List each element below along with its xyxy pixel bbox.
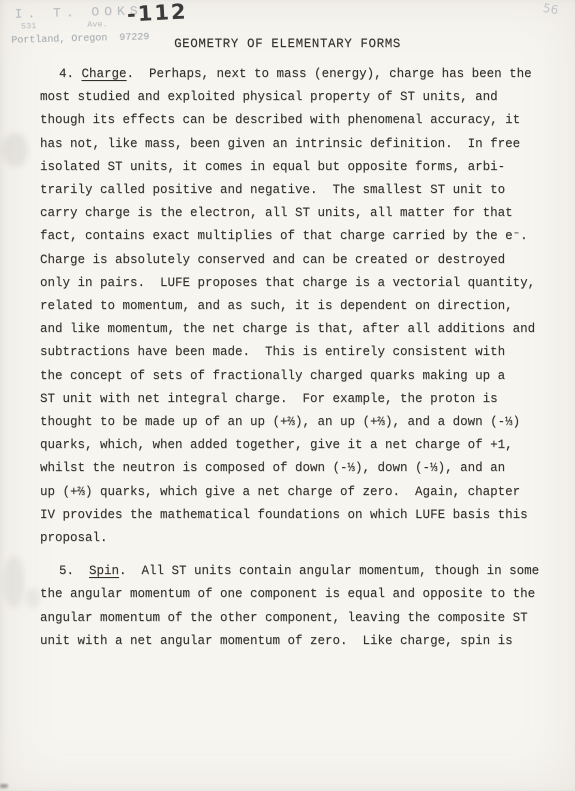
- spin-section-heading: Spin: [89, 564, 119, 578]
- charge-body-lines: most studied and exploited physical prop…: [40, 86, 539, 550]
- scan-corner-mark: [0, 784, 8, 788]
- spin-first-line-text: . All ST units contain angular momentum,…: [119, 564, 539, 578]
- pencil-page-number: 56: [542, 1, 559, 17]
- spin-first-line: 5. Spin. All ST units contain angular mo…: [40, 560, 539, 583]
- spin-body-lines: the angular momentum of one component is…: [40, 583, 539, 653]
- scanned-document-page: I. T. OOKS 531 Ave. Portland, Oregon 972…: [0, 0, 575, 791]
- handwritten-number: -112: [126, 0, 188, 27]
- scan-smudge: [26, 588, 40, 608]
- scan-smudge: [4, 556, 24, 608]
- charge-section-heading: Charge: [82, 67, 127, 81]
- charge-section-number: 4.: [59, 67, 82, 81]
- spin-section-number: 5.: [59, 564, 89, 578]
- scan-smudge: [2, 133, 28, 167]
- document-body: 4. Charge. Perhaps, next to mass (energy…: [40, 63, 539, 653]
- charge-first-line-text: . Perhaps, next to mass (energy), charge…: [127, 67, 532, 81]
- paragraph-spin: 5. Spin. All ST units contain angular mo…: [40, 560, 539, 653]
- paragraph-charge: 4. Charge. Perhaps, next to mass (energy…: [40, 63, 539, 550]
- charge-first-line: 4. Charge. Perhaps, next to mass (energy…: [40, 63, 539, 86]
